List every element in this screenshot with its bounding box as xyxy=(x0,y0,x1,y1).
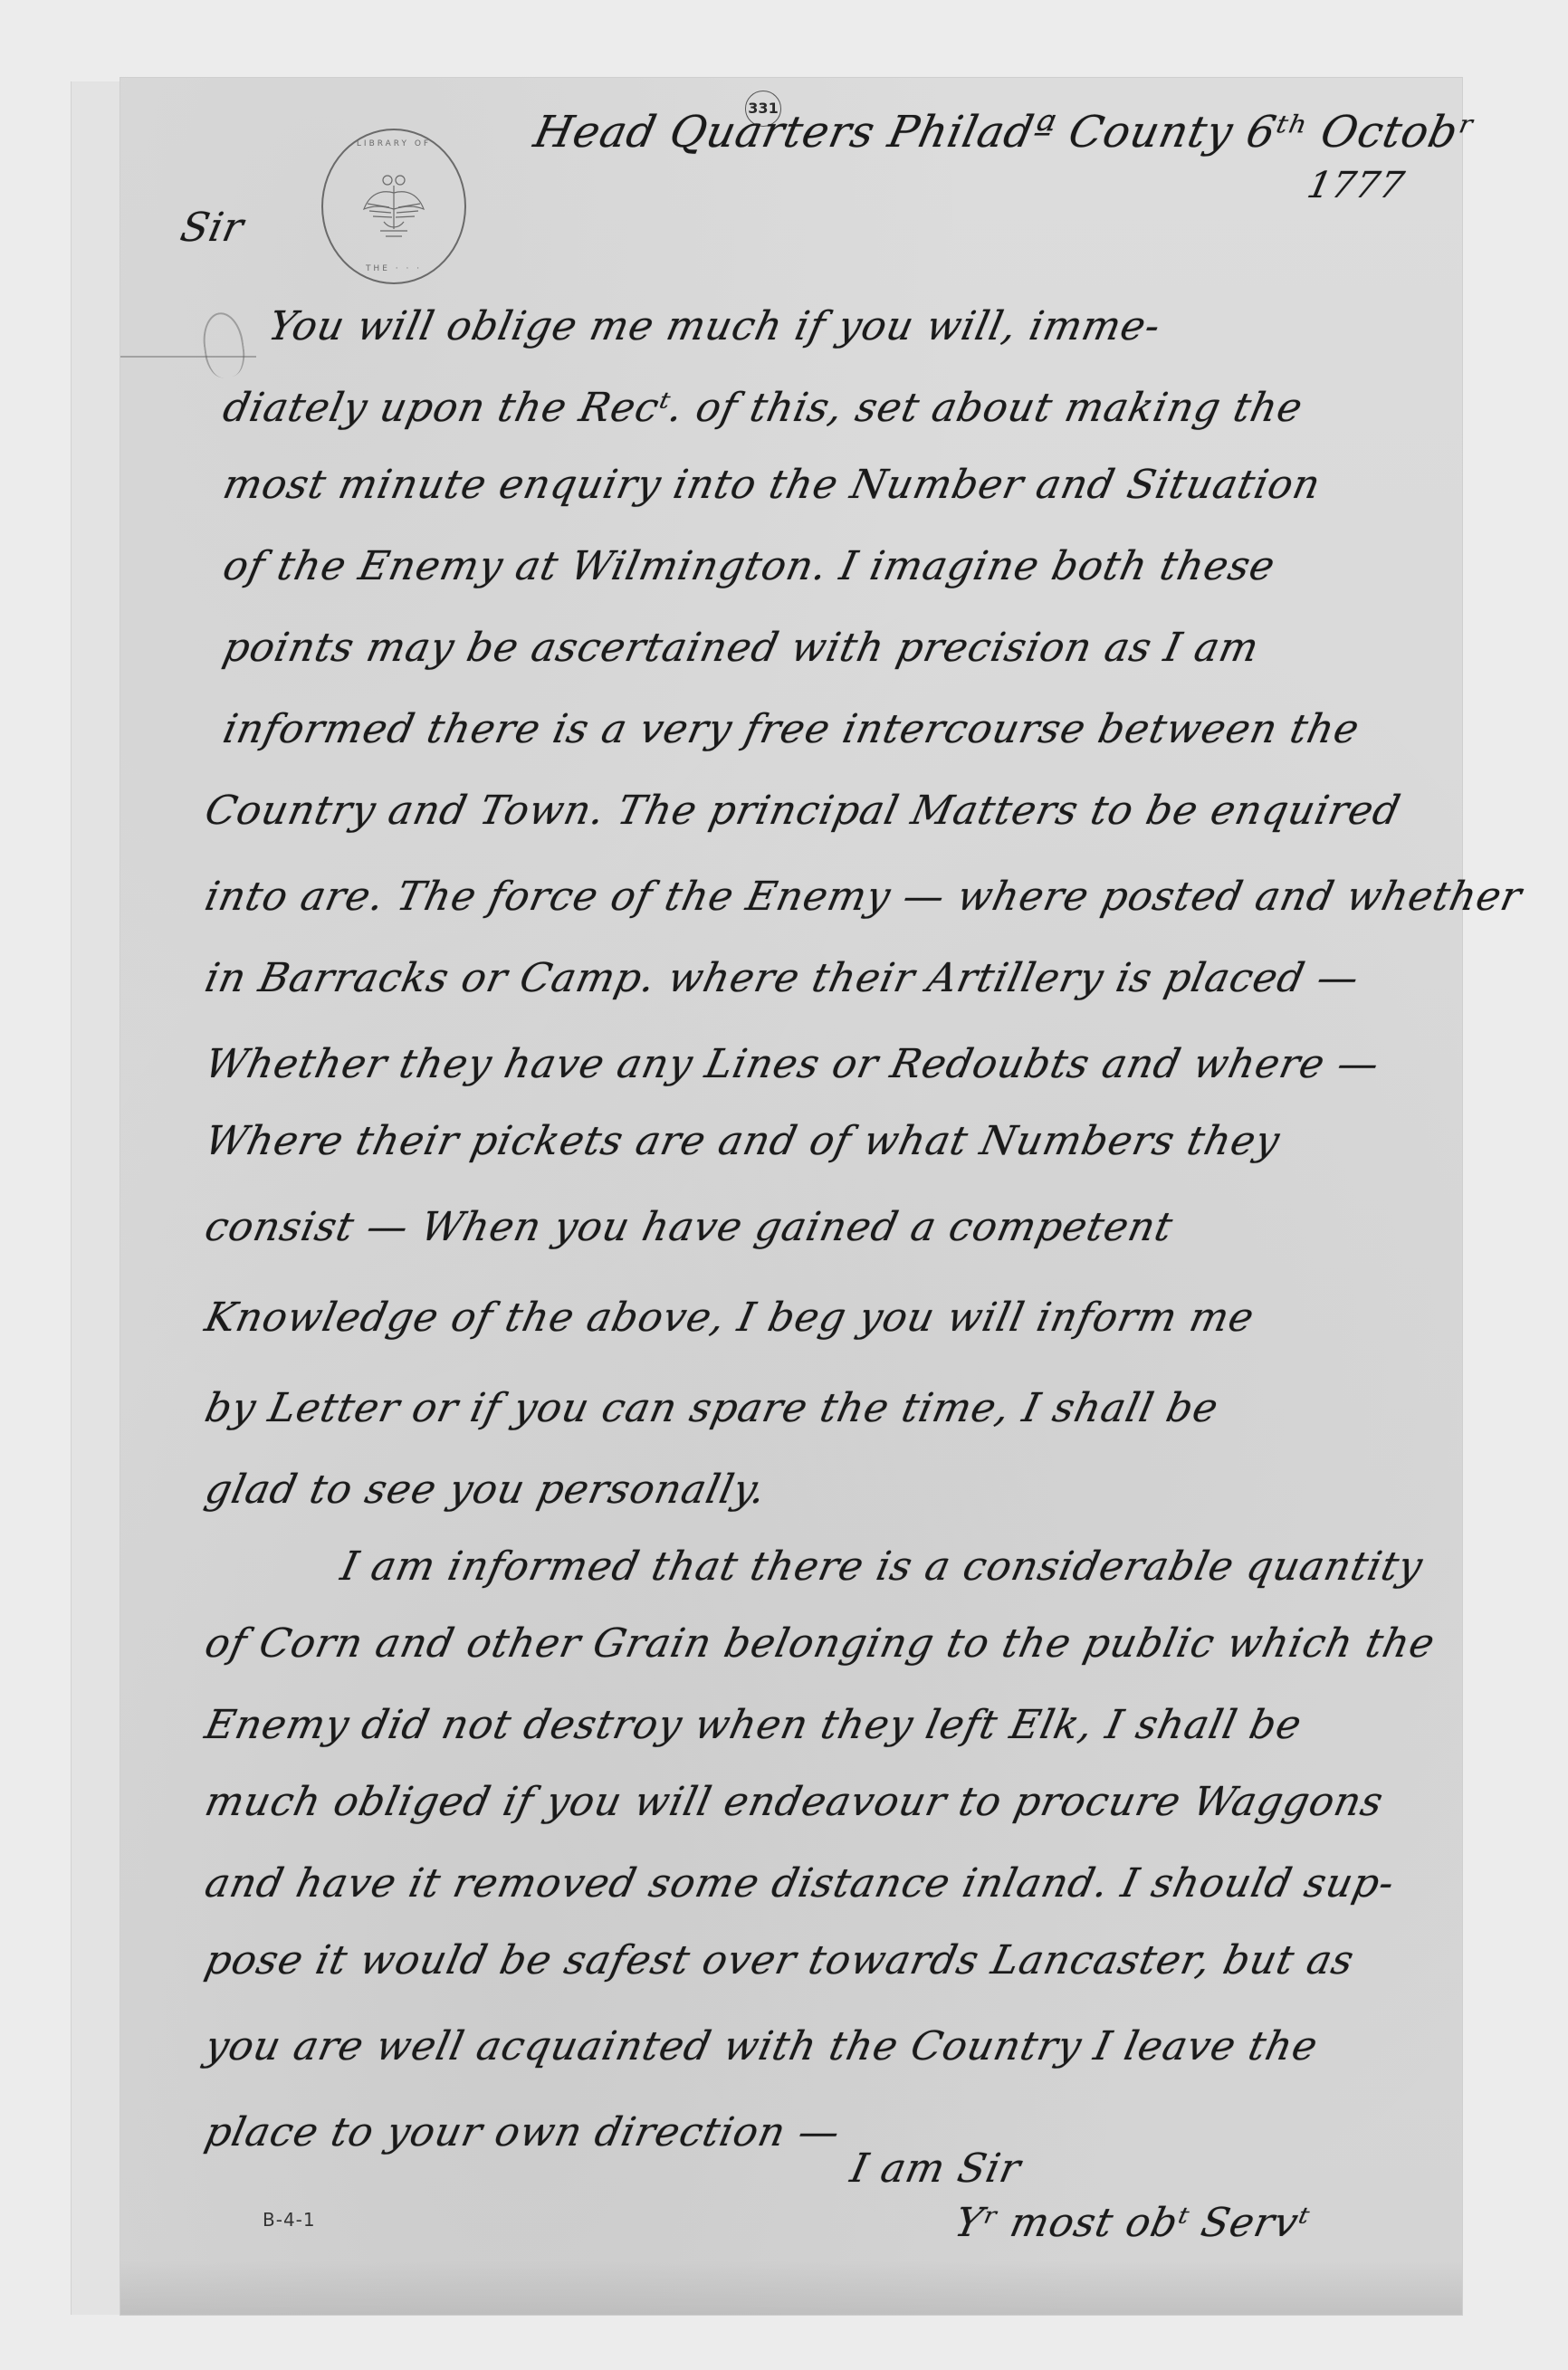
stamp-text-bottom: THE · · · xyxy=(323,264,464,273)
body-line-22: you are well acquainted with the Country… xyxy=(201,2023,1322,2069)
stamp-text-top: LIBRARY OF xyxy=(323,139,464,148)
body-line-16: I am informed that there is a considerab… xyxy=(337,1543,1427,1590)
body-line-13: Knowledge of the above, I beg you will i… xyxy=(201,1295,1258,1341)
body-line-14: by Letter or if you can spare the time, … xyxy=(201,1385,1223,1431)
archive-reference-id: B-4-1 xyxy=(263,2209,316,2231)
body-line-7: Country and Town. The principal Matters … xyxy=(201,788,1405,834)
body-line-23: place to your own direction — xyxy=(201,2109,845,2155)
body-line-12: consist — When you have gained a compete… xyxy=(201,1204,1177,1250)
body-line-3: most minute enquiry into the Number and … xyxy=(219,462,1324,508)
body-line-6: informed there is a very free intercours… xyxy=(219,706,1363,752)
body-line-20: and have it removed some distance inland… xyxy=(201,1860,1399,1907)
body-line-4: of the Enemy at Wilmington. I imagine bo… xyxy=(219,543,1279,589)
body-line-11: Where their pickets are and of what Numb… xyxy=(201,1118,1284,1164)
body-line-19: much obliged if you will endeavour to pr… xyxy=(201,1779,1388,1825)
eagle-icon xyxy=(353,166,435,247)
body-line-15: glad to see you personally. xyxy=(201,1467,770,1513)
body-line-8: into are. The force of the Enemy — where… xyxy=(201,874,1526,920)
body-line-18: Enemy did not destroy when they left Elk… xyxy=(201,1702,1306,1748)
library-of-congress-stamp: LIBRARY OF THE · · · xyxy=(321,129,466,284)
salutation: Sir xyxy=(177,205,248,251)
closing-line-1: I am Sir xyxy=(846,2145,1025,2192)
body-line-21: pose it would be safest over towards Lan… xyxy=(201,1937,1358,1983)
body-line-9: in Barracks or Camp. where their Artille… xyxy=(201,955,1363,1001)
closing-line-2: Yʳ most obᵗ Servᵗ xyxy=(951,2200,1314,2246)
body-line-2: diately upon the Recᵗ. of this, set abou… xyxy=(219,385,1307,431)
body-line-5: points may be ascertained with precision… xyxy=(219,625,1263,671)
body-line-10: Whether they have any Lines or Redoubts … xyxy=(201,1041,1383,1087)
letter-header-place-date: Head Quarters Philadª County 6ᵗʰ Octobʳ xyxy=(530,107,1479,158)
letter-header-year: 1777 xyxy=(1304,165,1409,206)
body-line-17: of Corn and other Grain belonging to the… xyxy=(201,1620,1439,1667)
body-line-1: You will oblige me much if you will, imm… xyxy=(264,303,1165,349)
